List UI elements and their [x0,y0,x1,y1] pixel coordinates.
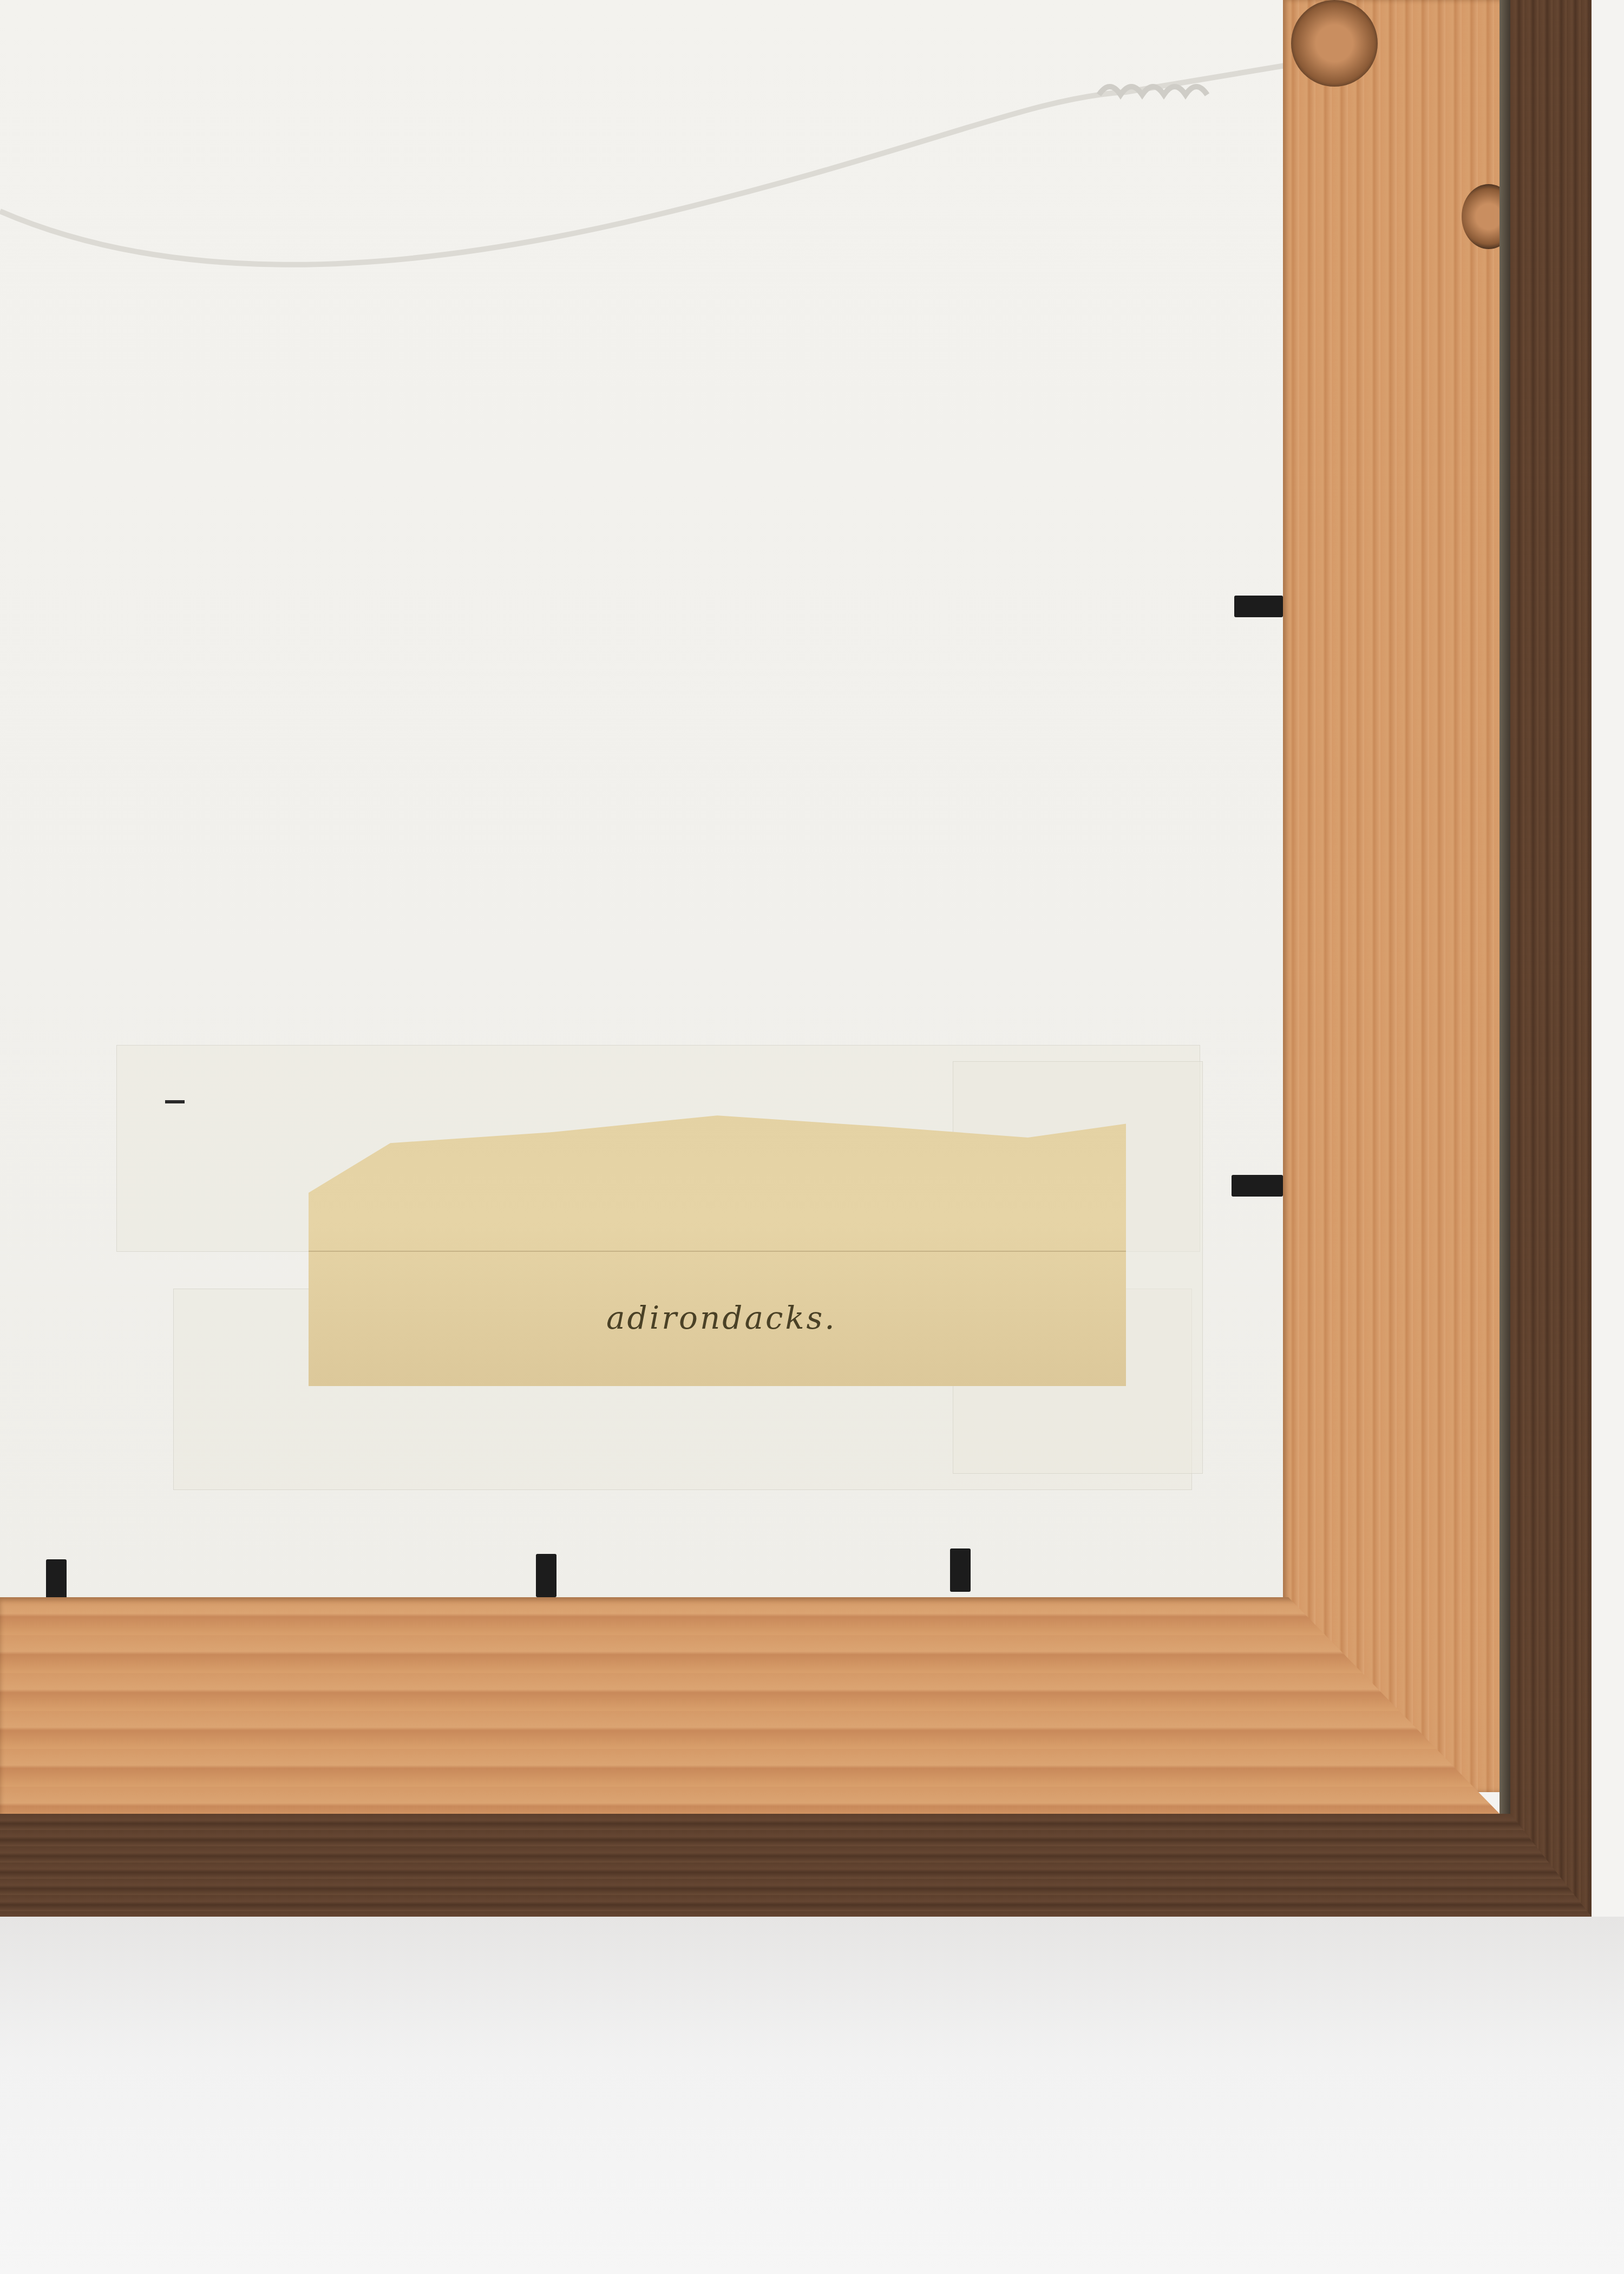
inner-frame-right-rail [1283,0,1505,1792]
inner-frame-bottom-rail [0,1597,1505,1819]
retaining-clip-right-lower [1232,1175,1283,1197]
label-fold-line [309,1251,1126,1252]
outer-frame-bottom-rail [0,1814,1592,1917]
pencil-mark [165,1100,185,1103]
background-surface [0,1917,1624,2274]
paper-label: adirondacks. [309,1110,1126,1386]
hanging-wire [0,0,1299,325]
wood-knot [1291,0,1378,87]
retaining-clip-right-upper [1234,596,1283,617]
retaining-clip-bottom [950,1548,971,1592]
handwritten-title: adirondacks. [606,1299,837,1336]
retaining-clip-bottom [46,1559,67,1603]
outer-frame-right-rail [1510,0,1592,1917]
retaining-clip-bottom [536,1554,556,1597]
